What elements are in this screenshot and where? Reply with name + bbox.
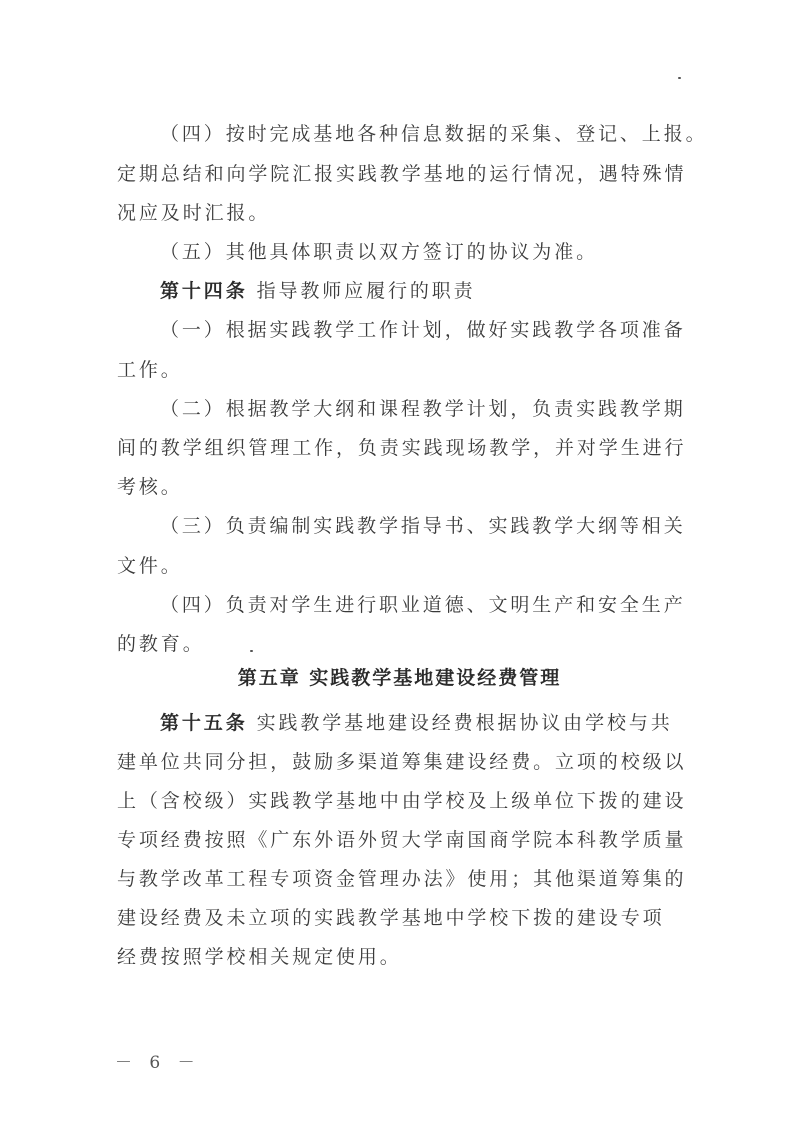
article-label: 第十四条 xyxy=(160,280,248,302)
text-line: （一）根据实践教学工作计划，做好实践教学各项准备 xyxy=(160,318,720,342)
article-14-heading: 第十四条 指导教师应履行的职责 xyxy=(160,279,720,303)
chapter-heading: 第五章 实践教学基地建设经费管理 xyxy=(0,666,799,690)
text-line: 间的教学组织管理工作，负责实践现场教学，并对学生进行 xyxy=(117,436,677,460)
text-line: （四）负责对学生进行职业道德、文明生产和安全生产 xyxy=(160,593,720,617)
scan-speck xyxy=(250,650,253,652)
text-line: （二）根据教学大纲和课程教学计划，负责实践教学期 xyxy=(160,397,720,421)
text-line: 况应及时汇报。 xyxy=(117,201,677,225)
text-line: 定期总结和向学院汇报实践教学基地的运行情况，遇特殊情 xyxy=(117,162,677,186)
text-line: 建设经费及未立项的实践教学基地中学校下拨的建设专项 xyxy=(117,906,677,930)
page-number: － 6 － xyxy=(115,1048,201,1073)
article-text: 实践教学基地建设经费根据协议由学校与共 xyxy=(257,712,673,734)
text-line: 考核。 xyxy=(117,475,677,499)
text-line: 文件。 xyxy=(117,554,677,578)
text-line: 建单位共同分担，鼓励多渠道筹集建设经费。立项的校级以 xyxy=(117,750,677,774)
text-line: （四）按时完成基地各种信息数据的采集、登记、上报。 xyxy=(160,122,720,146)
article-title: 指导教师应履行的职责 xyxy=(257,280,476,302)
text-line: 经费按照学校相关规定使用。 xyxy=(117,945,677,969)
text-line: （三）负责编制实践教学指导书、实践教学大纲等相关 xyxy=(160,514,720,538)
text-line: 的教育。 xyxy=(117,632,677,656)
document-page: （四）按时完成基地各种信息数据的采集、登记、上报。 定期总结和向学院汇报实践教学… xyxy=(0,0,799,1130)
scan-speck xyxy=(678,77,681,79)
text-line: （五）其他具体职责以双方签订的协议为准。 xyxy=(160,240,720,264)
text-line: 专项经费按照《广东外语外贸大学南国商学院本科教学质量 xyxy=(117,828,677,852)
text-line: 工作。 xyxy=(117,358,677,382)
article-label: 第十五条 xyxy=(160,712,248,734)
text-line: 与教学改革工程专项资金管理办法》使用；其他渠道筹集的 xyxy=(117,867,677,891)
text-line: 上（含校级）实践教学基地中由学校及上级单位下拨的建设 xyxy=(117,789,677,813)
article-15-first-line: 第十五条 实践教学基地建设经费根据协议由学校与共 xyxy=(160,711,720,735)
